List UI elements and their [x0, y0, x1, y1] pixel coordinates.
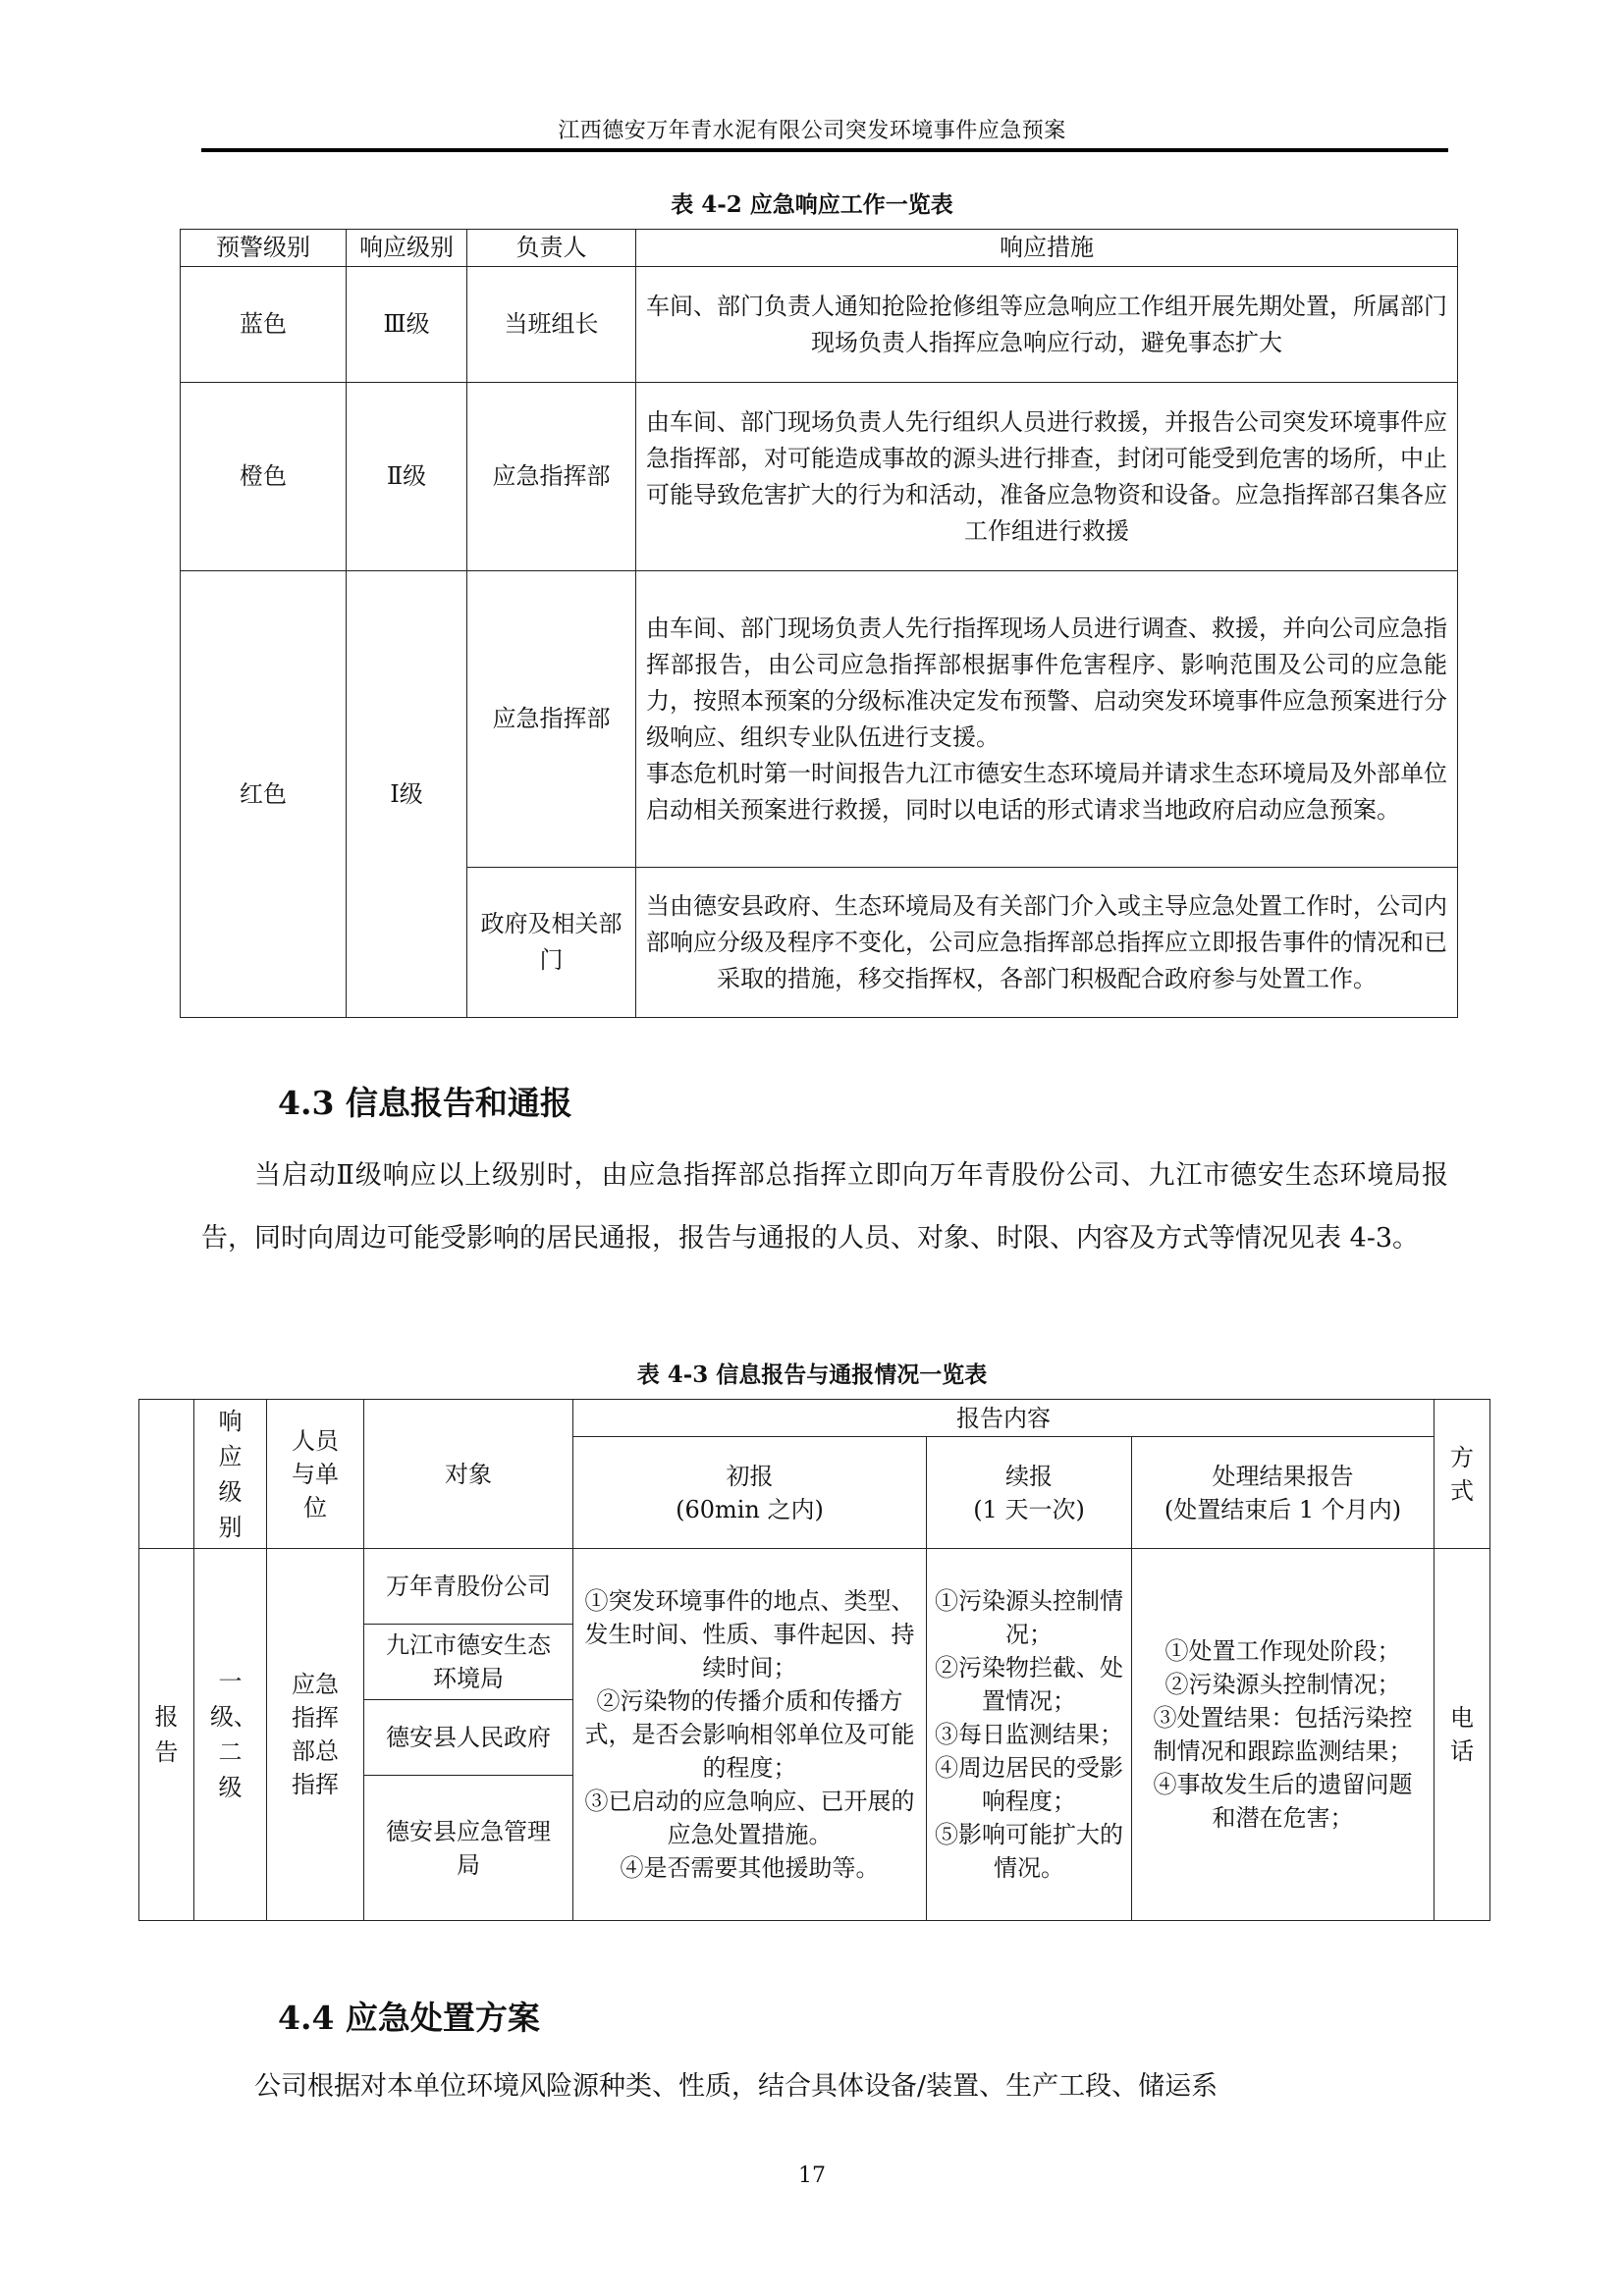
document-header-title: 江西德安万年青水泥有限公司突发环境事件应急预案: [0, 114, 1624, 144]
column-header: 响应措施: [636, 230, 1458, 267]
list-item: ①突发环境事件的地点、类型、发生时间、性质、事件起因、持续时间；: [581, 1584, 918, 1684]
list-item: ③已启动的应急响应、已开展的应急处置措施。: [581, 1785, 918, 1851]
column-header-result: 处理结果报告 (处置结束后 1 个月内): [1132, 1437, 1435, 1549]
measure-cell: 由车间、部门现场负责人先行指挥现场人员进行调查、救援，并向公司应急指挥部报告，由…: [636, 571, 1458, 868]
initial-label: 初报: [579, 1460, 920, 1493]
warning-level-cell: 红色: [181, 571, 347, 1018]
method-cell: 电话: [1435, 1549, 1490, 1921]
owner-cell: 应急指挥部: [467, 383, 636, 571]
list-item: ⑤影响可能扩大的情况。: [935, 1818, 1123, 1885]
owner-cell: 政府及相关部门: [467, 868, 636, 1018]
column-header: 响应级别: [194, 1400, 267, 1549]
result-report-cell: ①处置工作现处阶段； ②污染源头控制情况； ③处置结果：包括污染控制情况和跟踪监…: [1132, 1549, 1435, 1921]
level-cell: 一级、二级: [194, 1549, 267, 1921]
list-item: ①污染源头控制情况；: [935, 1584, 1123, 1651]
column-header: 负责人: [467, 230, 636, 267]
emergency-response-table: 预警级别 响应级别 负责人 响应措施 蓝色 Ⅲ级 当班组长 车间、部门负责人通知…: [180, 229, 1458, 1018]
table-row: 蓝色 Ⅲ级 当班组长 车间、部门负责人通知抢险抢修组等应急响应工作组开展先期处置…: [181, 267, 1458, 383]
response-level-cell: Ⅱ级: [347, 383, 467, 571]
list-item: ④周边居民的受影响程度；: [935, 1751, 1123, 1818]
section-heading-4-3: 4.3 信息报告和通报: [278, 1078, 572, 1124]
list-item: ①处置工作现处阶段；: [1146, 1634, 1420, 1668]
header-rule: [201, 148, 1448, 152]
list-item: ④事故发生后的遗留问题和潜在危害；: [1146, 1768, 1420, 1835]
table-header-row: 响应级别 人员与单位 对象 报告内容 方式: [139, 1400, 1490, 1437]
measure-paragraph: 事态危机时第一时间报告九江市德安生态环境局并请求生态环境局及外部单位启动相关预案…: [646, 756, 1447, 828]
result-time: (处置结束后 1 个月内): [1138, 1493, 1428, 1526]
section-4-4-paragraph: 公司根据对本单位环境风险源种类、性质，结合具体设备/装置、生产工段、储运系: [201, 2056, 1448, 2118]
info-report-table: 响应级别 人员与单位 对象 报告内容 方式 初报 (60min 之内) 续报 (…: [138, 1399, 1490, 1921]
table-row: 报告 一级、二级 应急指挥部总指挥 万年青股份公司 ①突发环境事件的地点、类型、…: [139, 1549, 1490, 1625]
table-4-2-caption: 表 4-2 应急响应工作一览表: [0, 187, 1624, 219]
followup-report-cell: ①污染源头控制情况； ②污染物拦截、处置情况； ③每日监测结果； ④周边居民的受…: [927, 1549, 1132, 1921]
followup-time: (1 天一次): [933, 1493, 1125, 1526]
response-level-cell: Ⅲ级: [347, 267, 467, 383]
list-item: ②污染源头控制情况；: [1146, 1668, 1420, 1701]
list-item: ③处置结果：包括污染控制情况和跟踪监测结果；: [1146, 1701, 1420, 1768]
column-header-initial: 初报 (60min 之内): [573, 1437, 927, 1549]
owner-cell: 应急指挥部: [467, 571, 636, 868]
list-item: ③每日监测结果；: [935, 1718, 1123, 1751]
target-cell: 德安县应急管理局: [364, 1776, 573, 1921]
column-header: 人员与单位: [267, 1400, 364, 1549]
row-label-cell: 报告: [139, 1549, 194, 1921]
column-header: 预警级别: [181, 230, 347, 267]
section-4-3-paragraph: 当启动Ⅱ级响应以上级别时，由应急指挥部总指挥立即向万年青股份公司、九江市德安生态…: [201, 1145, 1448, 1270]
initial-report-cell: ①突发环境事件的地点、类型、发生时间、性质、事件起因、持续时间； ②污染物的传播…: [573, 1549, 927, 1921]
target-cell: 万年青股份公司: [364, 1549, 573, 1625]
result-label: 处理结果报告: [1138, 1460, 1428, 1493]
column-header-followup: 续报 (1 天一次): [927, 1437, 1132, 1549]
target-cell: 德安县人民政府: [364, 1700, 573, 1776]
measure-cell: 当由德安县政府、生态环境局及有关部门介入或主导应急处置工作时，公司内部响应分级及…: [636, 868, 1458, 1018]
warning-level-cell: 橙色: [181, 383, 347, 571]
list-item: ②污染物拦截、处置情况；: [935, 1651, 1123, 1718]
list-item: ②污染物的传播介质和传播方式，是否会影响相邻单位及可能的程度；: [581, 1684, 918, 1785]
list-item: ④是否需要其他援助等。: [581, 1851, 918, 1885]
measure-cell: 由车间、部门现场负责人先行组织人员进行救援，并报告公司突发环境事件应急指挥部，对…: [636, 383, 1458, 571]
person-cell: 应急指挥部总指挥: [267, 1549, 364, 1921]
table-header-row: 预警级别 响应级别 负责人 响应措施: [181, 230, 1458, 267]
table-row: 橙色 Ⅱ级 应急指挥部 由车间、部门现场负责人先行组织人员进行救援，并报告公司突…: [181, 383, 1458, 571]
measure-cell: 车间、部门负责人通知抢险抢修组等应急响应工作组开展先期处置，所属部门现场负责人指…: [636, 267, 1458, 383]
owner-cell: 当班组长: [467, 267, 636, 383]
page-number: 17: [0, 2163, 1624, 2188]
column-header: 对象: [364, 1400, 573, 1549]
initial-time: (60min 之内): [579, 1493, 920, 1526]
followup-label: 续报: [933, 1460, 1125, 1493]
table-row: 红色 Ⅰ级 应急指挥部 由车间、部门现场负责人先行指挥现场人员进行调查、救援，并…: [181, 571, 1458, 868]
blank-header-cell: [139, 1400, 194, 1549]
section-heading-4-4: 4.4 应急处置方案: [278, 1993, 540, 2039]
measure-paragraph: 由车间、部门现场负责人先行指挥现场人员进行调查、救援，并向公司应急指挥部报告，由…: [646, 611, 1447, 756]
column-group-header: 报告内容: [573, 1400, 1435, 1437]
warning-level-cell: 蓝色: [181, 267, 347, 383]
target-cell: 九江市德安生态环境局: [364, 1625, 573, 1700]
column-header: 方式: [1435, 1400, 1490, 1549]
column-header: 响应级别: [347, 230, 467, 267]
response-level-cell: Ⅰ级: [347, 571, 467, 1018]
table-4-3-caption: 表 4-3 信息报告与通报情况一览表: [0, 1357, 1624, 1389]
